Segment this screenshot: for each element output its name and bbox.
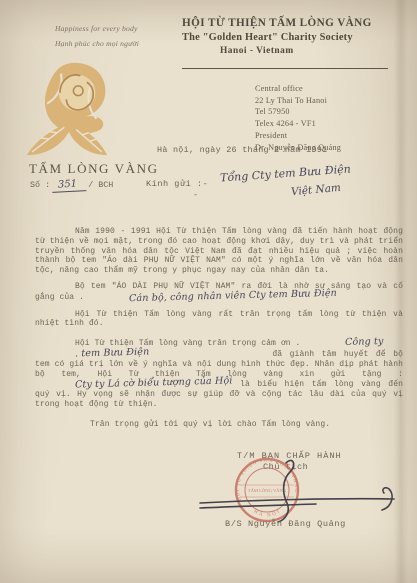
office-line: 22 Ly Thai To Hanoi: [255, 95, 341, 107]
stamp-center-text: TẤM LÒNG VÀNG: [248, 488, 287, 493]
letter-body: Năm 1990 - 1991 Hội Từ thiện Tấm lòng và…: [35, 227, 403, 430]
letterhead-org: HỘI TỪ THIỆN TẤM LÒNG VÀNG The "Golden H…: [182, 17, 392, 56]
office-address-block: Central office 22 Ly Thai To Hanoi Tel 5…: [255, 83, 341, 153]
ref-number-handwritten: 351: [52, 178, 87, 193]
org-name-vietnamese: HỘI TỪ THIỆN TẤM LÒNG VÀNG: [182, 17, 392, 29]
org-city: Hanoi - Vietnam: [182, 46, 392, 56]
salutation: Kính gửi :-: [146, 179, 208, 189]
paragraph-4-handwritten-2: . tem Bưu Điện: [35, 347, 150, 359]
slogan-english: Happiness for every body: [55, 21, 139, 36]
letterhead-slogan: Happiness for every body Hạnh phúc cho m…: [55, 21, 139, 51]
closing-line: Trân trọng gửi tới quý vị lời chào Tấm l…: [35, 420, 403, 430]
header-divider: [182, 68, 388, 69]
paragraph-4-handwritten-1: Công ty: [305, 337, 384, 348]
ref-suffix: / BCH: [88, 180, 113, 190]
paragraph-2: Bộ tem "ÁO DÀI PHỤ NỮ VIỆT NAM" ra đời l…: [35, 282, 403, 303]
paragraph-1: Năm 1990 - 1991 Hội Từ thiện Tấm lòng và…: [35, 227, 403, 276]
date-line: Hà nội, ngày 26 tháng 2 năm 1991: [157, 145, 327, 155]
letter-document: Happiness for every body Hạnh phúc cho m…: [0, 0, 417, 583]
office-line: President: [255, 130, 341, 142]
office-line: Tel 57950: [255, 106, 341, 118]
rose-logo-icon: [16, 55, 134, 163]
office-line: Central office: [255, 83, 341, 95]
signer-name: B/S Nguyễn Đăng Quảng: [225, 519, 346, 529]
slogan-vietnamese: Hạnh phúc cho mọi người: [55, 36, 139, 51]
paragraph-3: Hội Từ thiện Tấm lòng vàng rất trân trọn…: [35, 310, 403, 330]
recipient-handwritten-line1: Tổng Cty tem Bưu Điện: [220, 162, 351, 184]
red-round-stamp-icon: HỘI TỪ THIỆN TẤM LÒNG VÀNG HÀ NỘI TẤM LÒ…: [235, 457, 298, 521]
recipient-handwritten-line2: Việt Nam: [291, 182, 342, 198]
brand-title: TẤM LÒNG VÀNG: [29, 161, 159, 177]
org-name-english: The "Golden Heart" Charity Society: [182, 32, 392, 43]
ref-prefix: Số :: [30, 180, 50, 190]
paragraph-4: Hội Từ thiện Tấm lòng vàng trân trọng cả…: [35, 338, 403, 410]
salutation-dash: -: [193, 190, 198, 200]
office-line: Telex 4264 - VF1: [255, 118, 341, 130]
reference-number-line: Số :351/ BCH: [30, 179, 113, 192]
paragraph-4-handwritten-3: Cty ty Lá cờ biểu tượng của Hội: [35, 377, 233, 391]
